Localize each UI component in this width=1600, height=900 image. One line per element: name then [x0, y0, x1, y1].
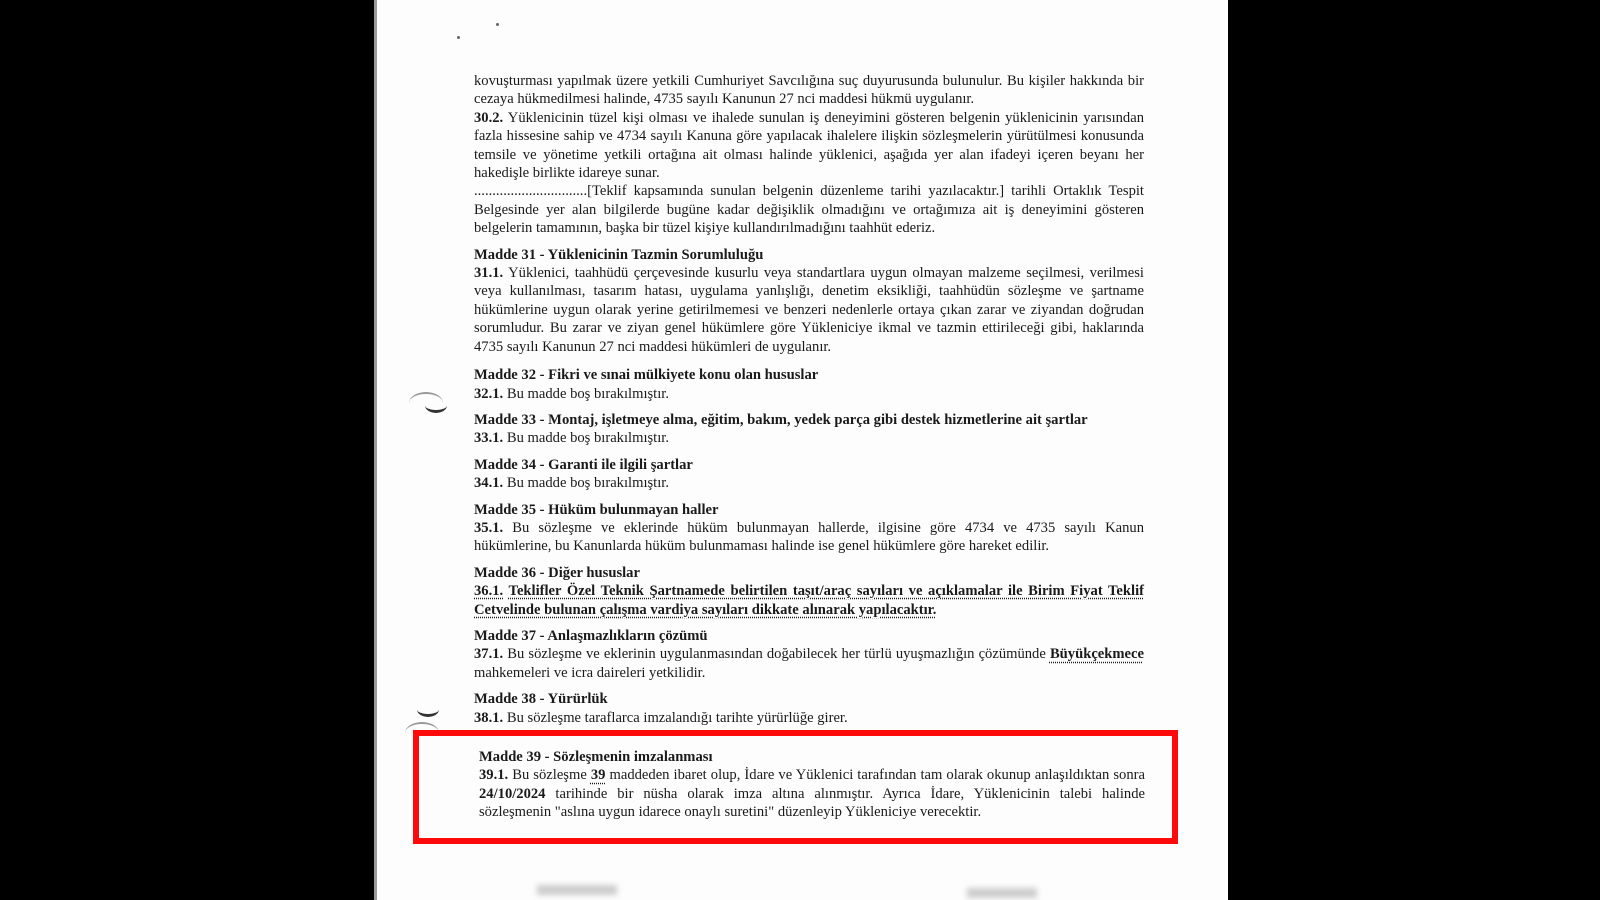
clause-text: maddeden ibaret olup, İdare ve Yüklenici…	[610, 767, 1145, 783]
clause-text: Teklifler Özel Teknik Şartnamede belirti…	[474, 583, 1144, 617]
article-heading: Madde 33 - Montaj, işletmeye alma, eğiti…	[474, 411, 1144, 429]
article-35: Madde 35 - Hüküm bulunmayan haller 35.1.…	[474, 501, 1144, 556]
article-heading: Madde 31 - Yüklenicinin Tazmin Sorumlulu…	[474, 246, 1144, 264]
clause-text: tarihinde bir nüsha olarak imza altına a…	[479, 786, 1145, 820]
article-31: Madde 31 - Yüklenicinin Tazmin Sorumlulu…	[474, 246, 1144, 356]
clause-text: Bu sözleşme taraflarca imzalandığı tarih…	[507, 710, 848, 726]
clause-number: 34.1.	[474, 475, 503, 491]
court-name: Büyükçekmece	[1050, 646, 1144, 662]
clause-text: Bu madde boş bırakılmıştır.	[507, 475, 669, 491]
article-36: Madde 36 - Diğer hususlar 36.1. Teklifle…	[474, 564, 1144, 619]
clause-30-2-statement: ...............................[Teklif k…	[474, 182, 1144, 237]
intro-paragraph: kovuşturması yapılmak üzere yetkili Cumh…	[474, 72, 1144, 109]
clause-text: Bu sözleşme	[512, 767, 587, 783]
clause-number: 35.1.	[474, 520, 503, 536]
article-37: Madde 37 - Anlaşmazlıkların çözümü 37.1.…	[474, 627, 1144, 682]
clause-text: Bu sözleşme ve eklerinde hüküm bulunmaya…	[474, 520, 1144, 554]
article-count: 39	[591, 767, 606, 783]
article-33: Madde 33 - Montaj, işletmeye alma, eğiti…	[474, 411, 1144, 448]
article-heading: Madde 39 - Sözleşmenin imzalanması	[479, 748, 1145, 766]
punch-hole-mark	[417, 702, 439, 717]
article-heading: Madde 32 - Fikri ve sınai mülkiyete konu…	[474, 366, 1144, 384]
article-heading: Madde 34 - Garanti ile ilgili şartlar	[474, 456, 1144, 474]
clause-number: 37.1.	[474, 646, 503, 662]
clause-text: Yüklenici, taahhüdü çerçevesinde kusurlu…	[474, 265, 1144, 355]
scan-speck	[496, 23, 499, 26]
clause-text: Yüklenicinin tüzel kişi olması ve ihaled…	[474, 110, 1144, 181]
clause-text: Bu madde boş bırakılmıştır.	[507, 430, 669, 446]
clause-number: 31.1.	[474, 265, 503, 281]
article-heading: Madde 37 - Anlaşmazlıkların çözümü	[474, 627, 1144, 645]
clause-number: 36.1.	[474, 583, 503, 599]
clause-number: 39.1.	[479, 767, 508, 783]
article-heading: Madde 38 - Yürürlük	[474, 690, 1144, 708]
clause-text: Bu madde boş bırakılmıştır.	[507, 386, 669, 402]
document-body: kovuşturması yapılmak üzere yetkili Cumh…	[474, 72, 1144, 727]
scan-speck	[457, 36, 460, 39]
article-heading: Madde 36 - Diğer hususlar	[474, 564, 1144, 582]
signature-fragment	[967, 888, 1037, 898]
punch-hole-mark	[425, 398, 447, 413]
clause-30-2: 30.2. Yüklenicinin tüzel kişi olması ve …	[474, 109, 1144, 183]
article-heading: Madde 35 - Hüküm bulunmayan haller	[474, 501, 1144, 519]
article-38: Madde 38 - Yürürlük 38.1. Bu sözleşme ta…	[474, 690, 1144, 727]
article-39-highlighted: Madde 39 - Sözleşmenin imzalanması 39.1.…	[479, 748, 1145, 822]
clause-number: 30.2.	[474, 110, 503, 126]
signature-fragment	[537, 885, 617, 895]
clause-number: 38.1.	[474, 710, 503, 726]
clause-text: Bu sözleşme ve eklerinin uygulanmasından…	[507, 646, 1046, 662]
article-34: Madde 34 - Garanti ile ilgili şartlar 34…	[474, 456, 1144, 493]
signing-date: 24/10/2024	[479, 786, 545, 802]
clause-text: mahkemeleri ve icra daireleri yetkilidir…	[474, 665, 705, 681]
article-32: Madde 32 - Fikri ve sınai mülkiyete konu…	[474, 366, 1144, 403]
clause-number: 32.1.	[474, 386, 503, 402]
clause-number: 33.1.	[474, 430, 503, 446]
